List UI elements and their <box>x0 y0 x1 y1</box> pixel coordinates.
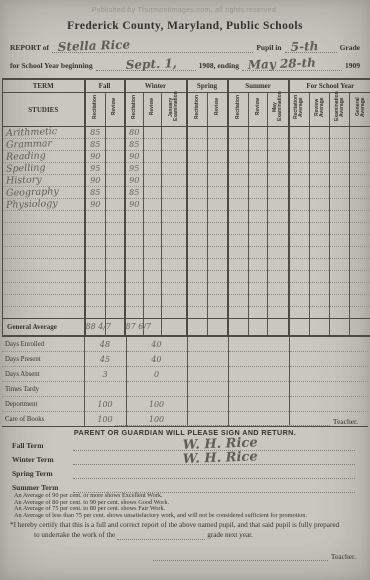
grade-cell-summer_review <box>249 235 268 247</box>
grade-cell-may_examination <box>268 247 289 259</box>
attendance-value-fall: 45 <box>84 352 126 367</box>
grade-cell-fall_recitation <box>85 247 106 259</box>
grade-cell-fall_review <box>106 307 125 319</box>
empty-row-label <box>3 271 85 283</box>
attendance-row: Days Present4540 <box>2 352 368 367</box>
grade-cell-review_average <box>310 235 330 247</box>
grade-cell-fall_recitation: 88 4/7 <box>85 319 106 336</box>
table-row-label: Spelling <box>3 163 85 175</box>
attendance-value-summer <box>228 367 289 382</box>
grade-cell-may_examination <box>268 235 289 247</box>
table-row-label: Grammar <box>3 139 85 151</box>
grade-cell-fall_recitation: 85 <box>85 187 106 199</box>
table-row: Grammar8585 <box>3 139 370 151</box>
pupil-in-label: Pupil in <box>256 43 281 53</box>
grade-cell-summer_recitation <box>228 175 249 187</box>
grade-cell-examination_average <box>330 235 350 247</box>
winter-term-signature: W. H. Rice <box>182 449 257 467</box>
grade-cell-summer_review <box>249 211 268 223</box>
column-header-text-may_examination: May Examination <box>273 93 283 121</box>
term-header: TERM <box>3 79 85 93</box>
empty-row-label <box>3 295 85 307</box>
grade-cell-recitation_average <box>289 235 310 247</box>
grade-cell-january_examination <box>162 295 187 307</box>
grade-cell-summer_review <box>249 307 268 319</box>
attendance-table: Days Enrolled4840Days Present4540Days Ab… <box>2 337 368 427</box>
grade-cell-fall_recitation <box>85 295 106 307</box>
grade-cell-review_average <box>310 139 330 151</box>
grade-cell-winter_review <box>144 175 162 187</box>
page-title: Frederick County, Maryland, Public Schoo… <box>0 20 370 32</box>
grade-cell-summer_recitation <box>228 223 249 235</box>
column-header-text-review_average: Review Average <box>315 93 325 121</box>
grade-cell-winter_recitation <box>125 247 144 259</box>
grade-cell-review_average <box>310 259 330 271</box>
teacher-label: Teacher. <box>333 417 358 426</box>
column-header-text-spring_review: Review <box>215 98 220 115</box>
grade-cell-spring_recitation <box>187 127 208 139</box>
grades-body: Arithmetic8580Grammar8585Reading9090Spel… <box>3 127 370 336</box>
grade-cell-summer_review <box>249 151 268 163</box>
grade-cell-winter_recitation: 80 <box>125 127 144 139</box>
grade-cell-january_examination <box>162 319 187 336</box>
empty-row-label <box>3 307 85 319</box>
term-group-fall: Fall <box>85 79 125 93</box>
table-row-label: Reading <box>3 151 85 163</box>
grade-cell-fall_recitation <box>85 271 106 283</box>
certification-statement: *I hereby certify that this is a full an… <box>10 521 360 540</box>
attendance-value-winter: 100 <box>126 397 187 412</box>
grade-cell-winter_review <box>144 199 162 211</box>
grade-cell-fall_recitation: 95 <box>85 163 106 175</box>
attendance-value-winter: 40 <box>126 337 187 352</box>
grade-cell-general_average <box>350 307 370 319</box>
table-row-label: Physiology <box>3 199 85 211</box>
grade-cell-may_examination <box>268 175 289 187</box>
grade-cell-january_examination <box>162 175 187 187</box>
end-year-label: 1909 <box>345 61 360 71</box>
grade-cell-january_examination <box>162 139 187 151</box>
column-header-text-spring_recitation: Recitation <box>195 95 200 119</box>
grade-cell-recitation_average <box>289 199 310 211</box>
grade-cell-review_average <box>310 307 330 319</box>
grade-cell-january_examination <box>162 163 187 175</box>
grade-cell-recitation_average <box>289 283 310 295</box>
grade-cell-recitation_average <box>289 127 310 139</box>
attendance-value-fall: 48 <box>84 337 126 352</box>
grade-cell-spring_review <box>208 163 228 175</box>
grade-cell-summer_recitation <box>228 211 249 223</box>
column-header-general_average: General Average <box>350 93 370 127</box>
grade-cell-review_average <box>310 319 330 336</box>
grade-cell-summer_review <box>249 223 268 235</box>
grade-cell-fall_recitation <box>85 235 106 247</box>
grade-cell-spring_recitation <box>187 175 208 187</box>
grade-cell-recitation_average <box>289 211 310 223</box>
attendance-value-year <box>289 367 368 382</box>
grade-cell-summer_review <box>249 199 268 211</box>
grade-cell-recitation_average <box>289 247 310 259</box>
grade-cell-summer_review <box>249 139 268 151</box>
grade-cell-review_average <box>310 271 330 283</box>
grade-cell-spring_review <box>208 211 228 223</box>
footnote-unsatisfactory: An Average of less than 75 per cent. sho… <box>14 513 362 520</box>
attendance-value-spring <box>187 382 228 397</box>
column-header-may_examination: May Examination <box>268 93 289 127</box>
grade-cell-recitation_average <box>289 223 310 235</box>
attendance-value-summer <box>228 337 289 352</box>
table-row-label: Geography <box>3 187 85 199</box>
general-average-row: General Average88 4/787 6/7 <box>3 319 370 336</box>
empty-row <box>3 283 370 295</box>
grade-cell-summer_review <box>249 127 268 139</box>
empty-row <box>3 223 370 235</box>
grade-cell-spring_review <box>208 235 228 247</box>
column-header-fall_recitation: Recitation <box>85 93 106 127</box>
parent-sign-heading: PARENT OR GUARDIAN WILL PLEASE SIGN AND … <box>0 428 370 437</box>
teacher-signature-line-top: Teacher. <box>112 415 358 426</box>
grade-cell-general_average <box>350 139 370 151</box>
grading-scale-notes: An Average of 90 per cent. or more shows… <box>14 493 362 520</box>
grade-cell-may_examination <box>268 307 289 319</box>
studies-header: STUDIES <box>3 93 85 127</box>
grade-cell-winter_recitation: 85 <box>125 139 144 151</box>
grade-cell-spring_review <box>208 151 228 163</box>
grade-cell-winter_recitation <box>125 211 144 223</box>
grade-cell-fall_review <box>106 295 125 307</box>
attendance-value-spring <box>187 367 228 382</box>
grade-cell-winter_review <box>144 127 162 139</box>
attendance-value-spring <box>187 352 228 367</box>
grade-cell-january_examination <box>162 271 187 283</box>
grade-cell-summer_review <box>249 175 268 187</box>
term-group-spring: Spring <box>187 79 228 93</box>
empty-row <box>3 271 370 283</box>
attendance-value-spring <box>187 337 228 352</box>
grade-cell-summer_recitation <box>228 307 249 319</box>
subject-name-handwriting: Grammar <box>6 138 52 151</box>
grade-cell-spring_review <box>208 271 228 283</box>
grade-cell-review_average <box>310 187 330 199</box>
grade-cell-recitation_average <box>289 295 310 307</box>
grade-cell-examination_average <box>330 259 350 271</box>
grade-cell-may_examination <box>268 319 289 336</box>
column-header-examination_average: Examination Average <box>330 93 350 127</box>
column-header-text-fall_review: Review <box>112 98 117 115</box>
report-of-line: REPORT of Stella Rice Pupil in 5-th Grad… <box>10 40 360 53</box>
grade-cell-general_average <box>350 187 370 199</box>
column-header-summer_recitation: Recitation <box>228 93 249 127</box>
grade-cell-recitation_average <box>289 259 310 271</box>
grade-cell-general_average <box>350 235 370 247</box>
grade-cell-review_average <box>310 163 330 175</box>
term-header-row: TERMFallWinterSpringSummerFor School Yea… <box>3 79 370 93</box>
grade-cell-summer_recitation <box>228 319 249 336</box>
attendance-label: Deportment <box>2 397 84 412</box>
grade-cell-fall_recitation <box>85 283 106 295</box>
teacher-signature-line-bottom: Teacher. <box>150 550 356 561</box>
table-row: Reading9090 <box>3 151 370 163</box>
grade-cell-spring_review <box>208 247 228 259</box>
grade-cell-recitation_average <box>289 319 310 336</box>
grade-cell-may_examination <box>268 151 289 163</box>
table-row-label: History <box>3 175 85 187</box>
grade-cell-fall_recitation <box>85 211 106 223</box>
column-header-text-general_average: General Average <box>356 93 366 121</box>
grade-cell-winter_recitation <box>125 271 144 283</box>
grade-cell-review_average <box>310 223 330 235</box>
grade-cell-review_average <box>310 127 330 139</box>
certify-line2: to undertake the work of the grade next … <box>34 531 360 541</box>
grade-cell-summer_recitation <box>228 271 249 283</box>
grade-cell-fall_review <box>106 259 125 271</box>
grade-cell-examination_average <box>330 307 350 319</box>
grade-cell-summer_review <box>249 271 268 283</box>
grade-cell-spring_review <box>208 187 228 199</box>
subject-name-handwriting: History <box>6 174 42 186</box>
grade-cell-winter_review <box>144 247 162 259</box>
grade-cell-spring_recitation <box>187 283 208 295</box>
empty-row-label <box>3 283 85 295</box>
grade-cell-examination_average <box>330 295 350 307</box>
grade-cell-fall_review <box>106 187 125 199</box>
subject-name-handwriting: Spelling <box>6 162 46 174</box>
grade-cell-winter_review <box>144 139 162 151</box>
grade-cell-review_average <box>310 151 330 163</box>
grade-cell-general_average <box>350 295 370 307</box>
grade-cell-winter_recitation <box>125 295 144 307</box>
grade-cell-may_examination <box>268 139 289 151</box>
grade-cell-general_average <box>350 283 370 295</box>
empty-row-label <box>3 235 85 247</box>
column-header-january_examination: January Examination <box>162 93 187 127</box>
grade-cell-review_average <box>310 295 330 307</box>
grade-cell-winter_recitation <box>125 259 144 271</box>
grade-cell-may_examination <box>268 163 289 175</box>
column-header-text-winter_recitation: Recitation <box>132 95 137 119</box>
grade-cell-spring_recitation <box>187 319 208 336</box>
grade-cell-general_average <box>350 199 370 211</box>
grade-cell-examination_average <box>330 211 350 223</box>
grade-cell-general_average <box>350 127 370 139</box>
grade-cell-spring_recitation <box>187 211 208 223</box>
beginning-date-line: Sept. 1, <box>96 58 196 71</box>
grade-cell-may_examination <box>268 259 289 271</box>
grade-cell-may_examination <box>268 223 289 235</box>
grade-cell-summer_recitation <box>228 199 249 211</box>
grade-cell-examination_average <box>330 187 350 199</box>
column-header-winter_review: Review <box>144 93 162 127</box>
grade-cell-recitation_average <box>289 187 310 199</box>
attendance-row: Times Tardy <box>2 382 368 397</box>
attendance-value-year <box>289 382 368 397</box>
school-year-line: for School Year beginning Sept. 1, 1908,… <box>10 58 360 71</box>
grade-cell-recitation_average <box>289 163 310 175</box>
grade-cell-spring_review <box>208 283 228 295</box>
grade-cell-examination_average <box>330 223 350 235</box>
grade-value-handwriting: 5-th <box>290 39 318 54</box>
column-header-recitation_average: Recitation Average <box>289 93 310 127</box>
grade-cell-spring_recitation <box>187 199 208 211</box>
grade-cell-fall_review <box>106 211 125 223</box>
teacher-dotted-line-bottom <box>153 550 328 561</box>
grade-blank-line <box>117 531 205 540</box>
table-row-label: Arithmetic <box>3 127 85 139</box>
report-of-label: REPORT of <box>10 43 49 53</box>
attendance-label: Times Tardy <box>2 382 84 397</box>
grade-cell-fall_recitation <box>85 259 106 271</box>
column-header-winter_recitation: Recitation <box>125 93 144 127</box>
grade-cell-fall_recitation: 85 <box>85 127 106 139</box>
grade-cell-spring_review <box>208 127 228 139</box>
grade-cell-fall_review <box>106 283 125 295</box>
grade-cell-fall_recitation <box>85 223 106 235</box>
grade-cell-spring_recitation <box>187 271 208 283</box>
grade-cell-summer_review <box>249 295 268 307</box>
spring-term-label: Spring Term <box>12 469 70 479</box>
winter-term-line: W. H. Rice <box>73 452 355 465</box>
grade-cell-winter_recitation: 87 6/7 <box>125 319 144 336</box>
grade-cell-fall_review <box>106 247 125 259</box>
certify-line2-suffix: grade next year. <box>207 531 253 541</box>
grade-cell-winter_review <box>144 211 162 223</box>
grade-cell-january_examination <box>162 283 187 295</box>
grade-cell-spring_recitation <box>187 235 208 247</box>
grade-cell-spring_recitation <box>187 151 208 163</box>
pupil-name-handwriting: Stella Rice <box>57 37 130 54</box>
beginning-label: for School Year beginning <box>10 61 93 71</box>
grade-cell-may_examination <box>268 211 289 223</box>
subject-name-handwriting: Reading <box>6 150 46 162</box>
grade-cell-january_examination <box>162 259 187 271</box>
grade-cell-spring_review <box>208 319 228 336</box>
column-header-text-summer_recitation: Recitation <box>236 95 241 119</box>
certify-line1: *I hereby certify that this is a full an… <box>10 521 360 531</box>
empty-row <box>3 259 370 271</box>
term-group-for-school-year: For School Year <box>289 79 370 93</box>
grade-cell-review_average <box>310 247 330 259</box>
empty-row <box>3 247 370 259</box>
grade-cell-summer_review <box>249 319 268 336</box>
grade-cell-summer_recitation <box>228 247 249 259</box>
table-row: History9090 <box>3 175 370 187</box>
column-header-spring_recitation: Recitation <box>187 93 208 127</box>
grades-table: TERMFallWinterSpringSummerFor School Yea… <box>2 78 370 337</box>
attendance-row: Deportment100100 <box>2 397 368 412</box>
attendance-row: Days Enrolled4840 <box>2 337 368 352</box>
grade-cell-summer_review <box>249 163 268 175</box>
grade-cell-winter_review <box>144 295 162 307</box>
column-header-text-examination_average: Examination Average <box>335 93 345 121</box>
attendance-value-winter: 0 <box>126 367 187 382</box>
grade-cell-summer_recitation <box>228 163 249 175</box>
table-row: Geography8585 <box>3 187 370 199</box>
grade-cell-examination_average <box>330 151 350 163</box>
grade-cell-january_examination <box>162 247 187 259</box>
grade-cell-fall_recitation: 90 <box>85 175 106 187</box>
grade-cell-summer_recitation <box>228 127 249 139</box>
ending-label: 1908, ending <box>199 61 239 71</box>
teacher-dotted-line <box>115 415 330 426</box>
pupil-name-line: Stella Rice <box>52 40 253 53</box>
grade-cell-fall_review <box>106 223 125 235</box>
spring-term-line <box>73 466 355 479</box>
attendance-value-fall <box>84 382 126 397</box>
grade-cell-general_average <box>350 163 370 175</box>
grade-cell-may_examination <box>268 127 289 139</box>
table-row: Arithmetic8580 <box>3 127 370 139</box>
grade-cell-examination_average <box>330 139 350 151</box>
grade-cell-general_average <box>350 223 370 235</box>
grade-cell-recitation_average <box>289 139 310 151</box>
grade-cell-summer_review <box>249 247 268 259</box>
grade-cell-winter_recitation <box>125 283 144 295</box>
spring-term-row: Spring Term <box>12 466 358 479</box>
grade-cell-january_examination <box>162 127 187 139</box>
grade-cell-may_examination <box>268 283 289 295</box>
grade-cell-spring_recitation <box>187 163 208 175</box>
empty-row-label <box>3 223 85 235</box>
grade-cell-winter_review <box>144 223 162 235</box>
fall-term-label: Fall Term <box>12 441 70 451</box>
grade-cell-spring_recitation <box>187 307 208 319</box>
watermark-text: Published by Thurmontimages.com, all rig… <box>0 7 370 14</box>
grade-cell-winter_recitation: 95 <box>125 163 144 175</box>
attendance-label: Care of Books <box>2 412 84 427</box>
grade-cell-review_average <box>310 199 330 211</box>
grade-cell-fall_review <box>106 271 125 283</box>
grade-cell-fall_review <box>106 235 125 247</box>
grade-cell-examination_average <box>330 175 350 187</box>
grade-cell-spring_review <box>208 223 228 235</box>
grade-cell-winter_recitation: 85 <box>125 187 144 199</box>
grade-cell-general_average <box>350 259 370 271</box>
grade-cell-winter_recitation: 90 <box>125 151 144 163</box>
grade-cell-may_examination <box>268 199 289 211</box>
grade-cell-winter_review <box>144 151 162 163</box>
grade-cell-spring_review <box>208 139 228 151</box>
grade-cell-summer_recitation <box>228 139 249 151</box>
grade-cell-january_examination <box>162 307 187 319</box>
grade-cell-fall_review <box>106 199 125 211</box>
column-header-text-january_examination: January Examination <box>169 93 179 121</box>
grade-cell-summer_recitation <box>228 235 249 247</box>
attendance-body: Days Enrolled4840Days Present4540Days Ab… <box>2 337 368 427</box>
grade-cell-general_average <box>350 319 370 336</box>
grade-cell-general_average <box>350 211 370 223</box>
grade-cell-summer_recitation <box>228 259 249 271</box>
grade-cell-review_average <box>310 211 330 223</box>
fall-term-line: W. H. Rice <box>73 438 355 451</box>
grade-cell-fall_recitation <box>85 307 106 319</box>
studies-header-row: STUDIESRecitationReviewRecitationReviewJ… <box>3 93 370 127</box>
grade-cell-fall_recitation: 85 <box>85 139 106 151</box>
grade-cell-summer_recitation <box>228 187 249 199</box>
column-header-review_average: Review Average <box>310 93 330 127</box>
grade-value-line: 5-th <box>285 40 337 53</box>
column-header-text-recitation_average: Recitation Average <box>294 93 304 121</box>
grade-cell-may_examination <box>268 187 289 199</box>
grade-cell-winter_review <box>144 235 162 247</box>
winter-term-label: Winter Term <box>12 455 70 465</box>
fall-term-row: Fall Term W. H. Rice <box>12 438 358 451</box>
grade-cell-fall_review <box>106 163 125 175</box>
grade-cell-summer_review <box>249 259 268 271</box>
grade-cell-winter_recitation <box>125 223 144 235</box>
attendance-label: Days Present <box>2 352 84 367</box>
attendance-value-winter: 40 <box>126 352 187 367</box>
grade-cell-fall_review <box>106 139 125 151</box>
